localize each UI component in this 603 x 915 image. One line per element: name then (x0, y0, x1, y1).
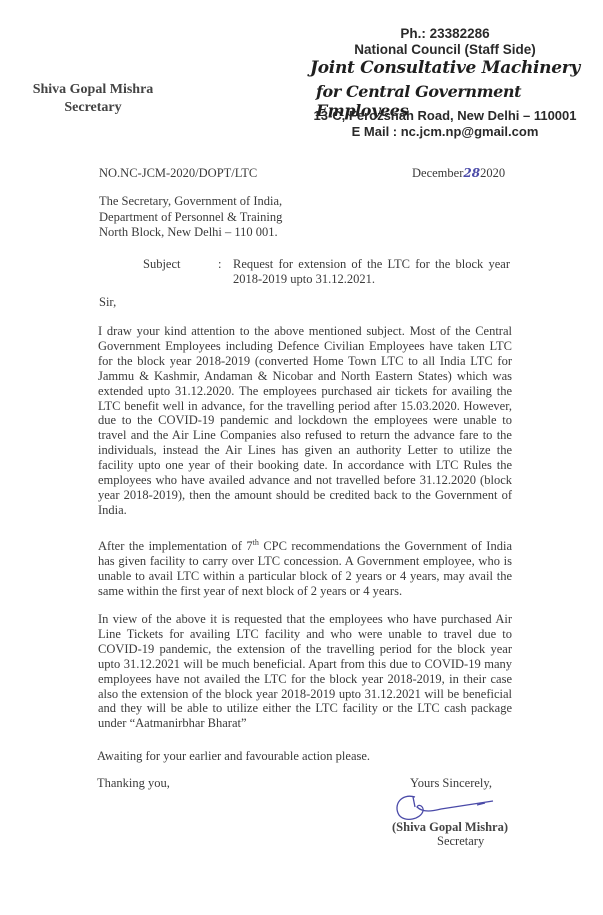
recipient-address: The Secretary, Government of India, Depa… (99, 194, 282, 241)
letterhead-council: National Council (Staff Side) (300, 42, 590, 57)
p2-text-start: After the implementation of 7 (98, 539, 253, 553)
closing-thanks: Thanking you, (97, 776, 170, 791)
signature-name: (Shiva Gopal Mishra) (392, 820, 508, 835)
date-day-handwritten: 28 (463, 166, 480, 180)
body-paragraph-1: I draw your kind attention to the above … (98, 324, 512, 518)
body-paragraph-2: After the implementation of 7th CPC reco… (98, 536, 512, 599)
recipient-line: The Secretary, Government of India, (99, 194, 282, 210)
letter-date: December282020 (412, 166, 505, 181)
letterhead-org-line1: Joint Consultative Machinery (300, 58, 590, 78)
signature-title: Secretary (437, 834, 484, 849)
letterhead-email: E Mail : nc.jcm.np@gmail.com (300, 124, 590, 139)
letterhead-address: 13-C, Ferozshah Road, New Delhi – 110001 (300, 108, 590, 123)
reference-number: NO.NC-JCM-2020/DOPT/LTC (99, 166, 257, 181)
salutation: Sir, (99, 295, 116, 310)
date-month: December (412, 166, 463, 180)
subject-colon: : (218, 257, 221, 272)
closing-awaiting: Awaiting for your earlier and favourable… (97, 749, 370, 764)
recipient-line: Department of Personnel & Training (99, 210, 282, 226)
date-year: 2020 (480, 166, 505, 180)
subject-text: Request for extension of the LTC for the… (233, 257, 510, 287)
subject-label: Subject (143, 257, 181, 272)
letterhead-phone: Ph.: 23382286 (300, 26, 590, 41)
sender-name: Shiva Gopal Mishra (18, 81, 168, 99)
sender-block: Shiva Gopal Mishra Secretary (18, 81, 168, 117)
sender-title: Secretary (18, 99, 168, 117)
body-paragraph-3: In view of the above it is requested tha… (98, 612, 512, 731)
recipient-line: North Block, New Delhi – 110 001. (99, 225, 282, 241)
closing-sincerely: Yours Sincerely, (410, 776, 492, 791)
